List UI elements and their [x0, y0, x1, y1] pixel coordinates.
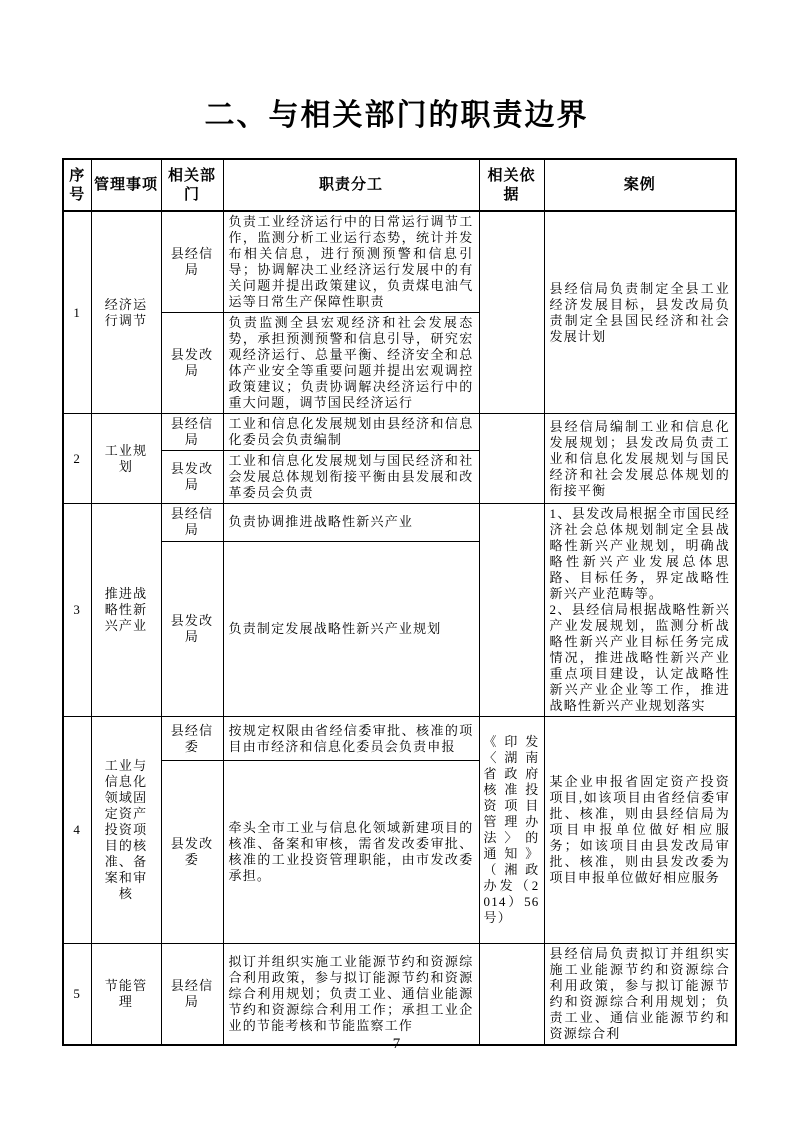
duty-cell: 负责监测全县宏观经济和社会发展态势，承担预测预警和信息引导，研究宏观经济运行、总… — [223, 313, 479, 414]
page-title: 二、与相关部门的职责边界 — [0, 90, 793, 134]
table-header-row: 序号 管理事项 相关部门 职责分工 相关依据 案例 — [63, 159, 736, 211]
dept-cell: 县发改局 — [161, 313, 223, 414]
dept-cell: 县经信委 — [161, 717, 223, 761]
dept-cell: 县经信局 — [161, 414, 223, 451]
row-no-cell: 3 — [63, 504, 91, 717]
dept-cell: 县经信局 — [161, 944, 223, 1046]
case-cell: 县经信局负责制定全县工业经济发展目标，县发改局负责制定全县国民经济和社会发展计划 — [544, 211, 736, 414]
item-cell: 工业规划 — [91, 414, 161, 504]
basis-cell — [479, 944, 544, 1046]
header-cell-no: 序号 — [63, 159, 91, 211]
basis-cell — [479, 211, 544, 414]
table-row: 5 节能管理 县经信局 拟订并组织实施工业能源节约和资源综合利用政策，参与拟订能… — [63, 944, 736, 1046]
duty-cell: 按规定权限由省经信委审批、核准的项目由市经济和信息化委员会负责申报 — [223, 717, 479, 761]
basis-cell: 《印发〈湖南省政府核准投资项目管理办法〉的通知》（湘政办发（2014）56号） — [479, 717, 544, 944]
duty-cell: 拟订并组织实施工业能源节约和资源综合利用政策，参与拟订能源节约和资源综合利用规划… — [223, 944, 479, 1046]
case-cell: 1、县发改局根据全市国民经济社会总体规划制定全县战略性新兴产业规划，明确战略性新… — [544, 504, 736, 717]
item-cell: 经济运行调节 — [91, 211, 161, 414]
duty-cell: 工业和信息化发展规划由县经济和信息化委员会负责编制 — [223, 414, 479, 451]
page-number: 7 — [0, 1036, 793, 1053]
responsibility-boundary-table: 序号 管理事项 相关部门 职责分工 相关依据 案例 1 经济运行调节 县经信局 … — [62, 158, 737, 1046]
case-cell: 县经信局编制工业和信息化发展规划；县发改局负责工业和信息化发展规划与国民经济和社… — [544, 414, 736, 504]
case-cell: 某企业申报省固定资产投资项目,如该项目由省经信委审批、核准，则由县经信局为项目申… — [544, 717, 736, 944]
dept-cell: 县发改局 — [161, 541, 223, 716]
table-row: 2 工业规划 县经信局 工业和信息化发展规划由县经济和信息化委员会负责编制 县经… — [63, 414, 736, 451]
item-cell: 推进战略性新兴产业 — [91, 504, 161, 717]
table-row: 4 工业与信息化领域固定资产投资项目的核准、备案和审核 县经信委 按规定权限由省… — [63, 717, 736, 761]
header-cell-basis: 相关依据 — [479, 159, 544, 211]
header-cell-duty: 职责分工 — [223, 159, 479, 211]
row-no-cell: 4 — [63, 717, 91, 944]
document-page: 二、与相关部门的职责边界 序号 管理事项 相关部门 职责分工 相关依据 案例 1… — [0, 0, 793, 1122]
table-row: 1 经济运行调节 县经信局 负责工业经济运行中的日常运行调节工作，监测分析工业运… — [63, 211, 736, 313]
case-cell: 县经信局负责拟订并组织实施工业能源节约和资源综合利用政策，参与拟订能源节约和资源… — [544, 944, 736, 1046]
header-cell-dept: 相关部门 — [161, 159, 223, 211]
basis-cell — [479, 504, 544, 717]
dept-cell: 县经信局 — [161, 211, 223, 313]
table-row: 3 推进战略性新兴产业 县经信局 负责协调推进战略性新兴产业 1、县发改局根据全… — [63, 504, 736, 542]
row-no-cell: 1 — [63, 211, 91, 414]
item-cell: 节能管理 — [91, 944, 161, 1046]
duty-cell: 负责制定发展战略性新兴产业规划 — [223, 541, 479, 716]
dept-cell: 县发改委 — [161, 761, 223, 944]
row-no-cell: 5 — [63, 944, 91, 1046]
duty-cell: 负责工业经济运行中的日常运行调节工作，监测分析工业运行态势，统计并发布相关信息，… — [223, 211, 479, 313]
dept-cell: 县发改局 — [161, 451, 223, 504]
basis-cell — [479, 414, 544, 504]
duty-cell: 工业和信息化发展规划与国民经济和社会发展总体规划衔接平衡由县发展和改革委员会负责 — [223, 451, 479, 504]
dept-cell: 县经信局 — [161, 504, 223, 542]
row-no-cell: 2 — [63, 414, 91, 504]
duty-cell: 牵头全市工业与信息化领域新建项目的核准、备案和审核，需省发改委审批、核准的工业投… — [223, 761, 479, 944]
header-cell-item: 管理事项 — [91, 159, 161, 211]
duty-cell: 负责协调推进战略性新兴产业 — [223, 504, 479, 542]
item-cell: 工业与信息化领域固定资产投资项目的核准、备案和审核 — [91, 717, 161, 944]
header-cell-case: 案例 — [544, 159, 736, 211]
